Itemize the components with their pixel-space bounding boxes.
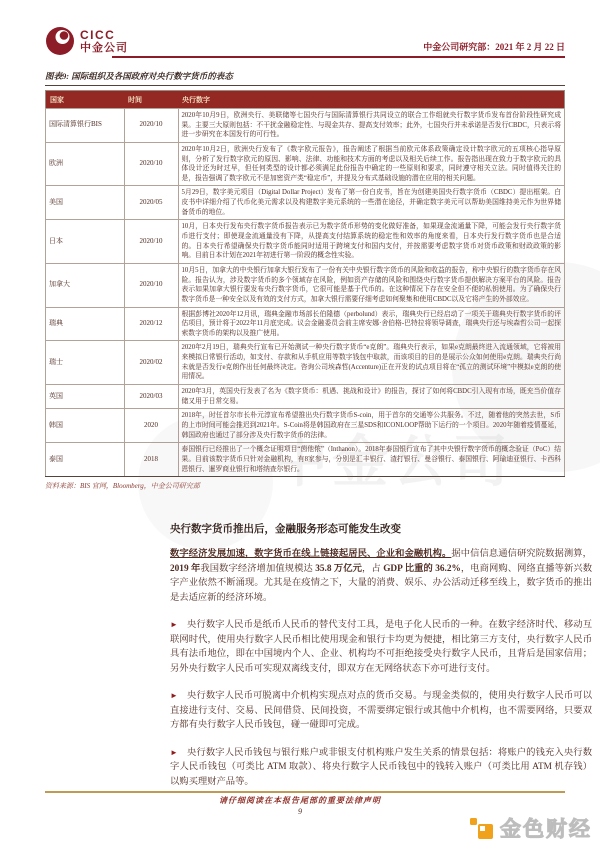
page-header: CICC 中金公司 中金公司研究部：2021 年 2 月 22 日 bbox=[0, 0, 600, 62]
country-cell: 国际清算银行BIS bbox=[46, 109, 125, 143]
report-page: 中金公司 CICC 中金公司 中金公司研究部：2021 年 2 月 22 日 图… bbox=[0, 0, 600, 849]
country-cell: 日本 bbox=[46, 220, 125, 264]
intro-seg: ，占 bbox=[362, 564, 383, 574]
table-row: 泰国 2018 泰国银行已经推出了一个概念证明项目“茵他侬”（Inthanon）… bbox=[46, 443, 565, 477]
country-cell: 泰国 bbox=[46, 443, 125, 477]
table-row: 日本 2020/10 10月，日本央行发布央行数字货币报告表示已为数字货币形势的… bbox=[46, 220, 565, 264]
desc-cell: 2020年10月9日，欧洲央行、美联储等七国央行与国际清算银行共同设立的联合工作… bbox=[178, 109, 565, 143]
research-dept: 中金公司研究部： bbox=[423, 42, 495, 52]
desc-cell: 泰国银行已经推出了一个概念证明项目“茵他侬”（Inthanon）。2018年泰国… bbox=[178, 443, 565, 477]
country-cell: 加拿大 bbox=[46, 263, 125, 307]
time-cell: 2020/10 bbox=[124, 109, 178, 143]
country-cell: 欧洲 bbox=[46, 142, 125, 186]
jinse-logo-icon bbox=[470, 816, 494, 840]
table-source: 资料来源：BIS 官网，Bloomberg，中金公司研究部 bbox=[45, 481, 565, 491]
cicc-logo-cn: 中金公司 bbox=[80, 43, 128, 54]
bullet-paragraph: ►央行数字人民币是纸币人民币的替代支付工具，是电子化人民币的一种。在数字经济时代… bbox=[170, 618, 592, 676]
figure-title: 图表9: 国际组织及各国政府对央行数字货币的表态 bbox=[45, 70, 565, 86]
table-row: 欧洲 2020/10 2020年10月2日，欧洲央行发布了《数字欧元报告》，报告… bbox=[46, 142, 565, 186]
intro-figure: 2019 年 bbox=[170, 564, 200, 574]
country-cell: 美国 bbox=[46, 186, 125, 220]
table-header-row: 国家 时间 央行数字 bbox=[46, 91, 565, 109]
bullet-text: 央行数字人民币是纸币人民币的替代支付工具，是电子化人民币的一种。在数字经济时代、… bbox=[170, 620, 592, 674]
desc-cell: 2020年3月，英国央行发表了名为《数字货币：机遇、挑战和设计》的报告，探讨了如… bbox=[178, 385, 565, 409]
intro-seg: 我国数字经济增加值规模达 bbox=[200, 564, 315, 574]
country-cell: 瑞士 bbox=[46, 341, 125, 385]
desc-cell: 2020年2月19日，瑞典央行宣布已开始测试一种央行数字货币“e克朗”。瑞典央行… bbox=[178, 341, 565, 385]
bullet-paragraph: ►央行数字人民币可脱离中介机构实现点对点的货币交易。与现金类似的，使用央行数字人… bbox=[170, 689, 592, 733]
bullet-text: 央行数字人民币钱包与银行账户或非银支付机构账户发生关系的情景包括：将账户的钱充入… bbox=[170, 748, 592, 787]
intro-seg: 据中信信息通信研究院数据测算， bbox=[451, 549, 592, 559]
bullet-arrow-icon: ► bbox=[170, 620, 178, 629]
intro-figure: GDP 比重的 36.2% bbox=[383, 564, 461, 574]
desc-cell: 2020年10月2日，欧洲央行发布了《数字欧元报告》，报告阐述了根据当前欧元体系… bbox=[178, 142, 565, 186]
research-dept-date: 中金公司研究部：2021 年 2 月 22 日 bbox=[423, 40, 565, 53]
country-cell: 韩国 bbox=[46, 409, 125, 443]
bullet-paragraph: ►央行数字人民币钱包与银行账户或非银支付机构账户发生关系的情景包括：将账户的钱充… bbox=[170, 746, 592, 790]
legal-notice: 请仔细阅读在本报告尾部的重要法律声明 bbox=[0, 795, 600, 806]
cicc-logo-text: CICC 中金公司 bbox=[80, 29, 128, 54]
table-row: 国际清算银行BIS 2020/10 2020年10月9日，欧洲央行、美联储等七国… bbox=[46, 109, 565, 143]
header-rule bbox=[112, 56, 565, 58]
bullet-arrow-icon: ► bbox=[170, 748, 178, 757]
time-cell: 2020/03 bbox=[124, 385, 178, 409]
time-cell: 2020/02 bbox=[124, 341, 178, 385]
section-heading: 央行数字货币推出后，金融服务形态可能发生改变 bbox=[170, 521, 592, 536]
table-row: 韩国 2020 2018年，时任首尔市长朴元淳宣布希望推出央行数字货币S-coi… bbox=[46, 409, 565, 443]
table-row: 加拿大 2020/10 10月5日，加拿大的中央银行加拿大银行发布了一份有关中央… bbox=[46, 263, 565, 307]
bullet-arrow-icon: ► bbox=[170, 691, 178, 700]
intro-lead: 数字经济发展加速，数字货币在线上链接起居民、企业和金融机构。 bbox=[170, 549, 451, 559]
table-row: 瑞典 2020/12 根据彭博社2020年12月讯，瑞典金融市场部长伯隆德（pe… bbox=[46, 307, 565, 341]
country-cell: 英国 bbox=[46, 385, 125, 409]
footer-rule bbox=[45, 791, 565, 793]
table-row: 英国 2020/03 2020年3月，英国央行发表了名为《数字货币：机遇、挑战和… bbox=[46, 385, 565, 409]
desc-cell: 根据彭博社2020年12月讯，瑞典金融市场部长伯隆德（perbolund）表示，… bbox=[178, 307, 565, 341]
desc-cell: 10月5日，加拿大的中央银行加拿大银行发布了一份有关中央银行数字货币的风险和收益… bbox=[178, 263, 565, 307]
jinse-finance-logo: 金色财经 bbox=[470, 813, 592, 843]
table-row: 美国 2020/05 5月29日，数字美元项目（Digital Dollar P… bbox=[46, 186, 565, 220]
cbdc-table: 国家 时间 央行数字 国际清算银行BIS 2020/10 2020年10月9日，… bbox=[45, 90, 565, 477]
time-cell: 2020/10 bbox=[124, 220, 178, 264]
time-cell: 2018 bbox=[124, 443, 178, 477]
country-cell: 瑞典 bbox=[46, 307, 125, 341]
desc-cell: 2018年，时任首尔市长朴元淳宣布希望推出央行数字货币S-coin，用于首尔的交… bbox=[178, 409, 565, 443]
article-body: 央行数字货币推出后，金融服务形态可能发生改变 数字经济发展加速，数字货币在线上链… bbox=[170, 521, 592, 789]
cicc-logo: CICC 中金公司 bbox=[45, 26, 128, 56]
bullet-text: 央行数字人民币可脱离中介机构实现点对点的货币交易。与现金类似的，使用央行数字人民… bbox=[170, 691, 592, 730]
time-cell: 2020/10 bbox=[124, 263, 178, 307]
intro-paragraph: 数字经济发展加速，数字货币在线上链接起居民、企业和金融机构。据中信信息通信研究院… bbox=[170, 547, 592, 605]
col-header-time: 时间 bbox=[124, 91, 178, 109]
col-header-desc: 央行数字 bbox=[178, 91, 565, 109]
desc-cell: 10月，日本央行发布央行数字货币报告表示已为数字货币形势的变化做好准备，如果现金… bbox=[178, 220, 565, 264]
col-header-country: 国家 bbox=[46, 91, 125, 109]
time-cell: 2020/10 bbox=[124, 142, 178, 186]
time-cell: 2020 bbox=[124, 409, 178, 443]
jinse-logo-text: 金色财经 bbox=[500, 813, 592, 843]
report-date: 2021 年 2 月 22 日 bbox=[495, 42, 565, 52]
table-row: 瑞士 2020/02 2020年2月19日，瑞典央行宣布已开始测试一种央行数字货… bbox=[46, 341, 565, 385]
time-cell: 2020/12 bbox=[124, 307, 178, 341]
time-cell: 2020/05 bbox=[124, 186, 178, 220]
desc-cell: 5月29日，数字美元项目（Digital Dollar Project）发布了第… bbox=[178, 186, 565, 220]
intro-figure: 35.8 万亿元 bbox=[315, 564, 362, 574]
cicc-logo-en: CICC bbox=[80, 29, 128, 41]
cicc-logo-icon bbox=[45, 26, 75, 56]
